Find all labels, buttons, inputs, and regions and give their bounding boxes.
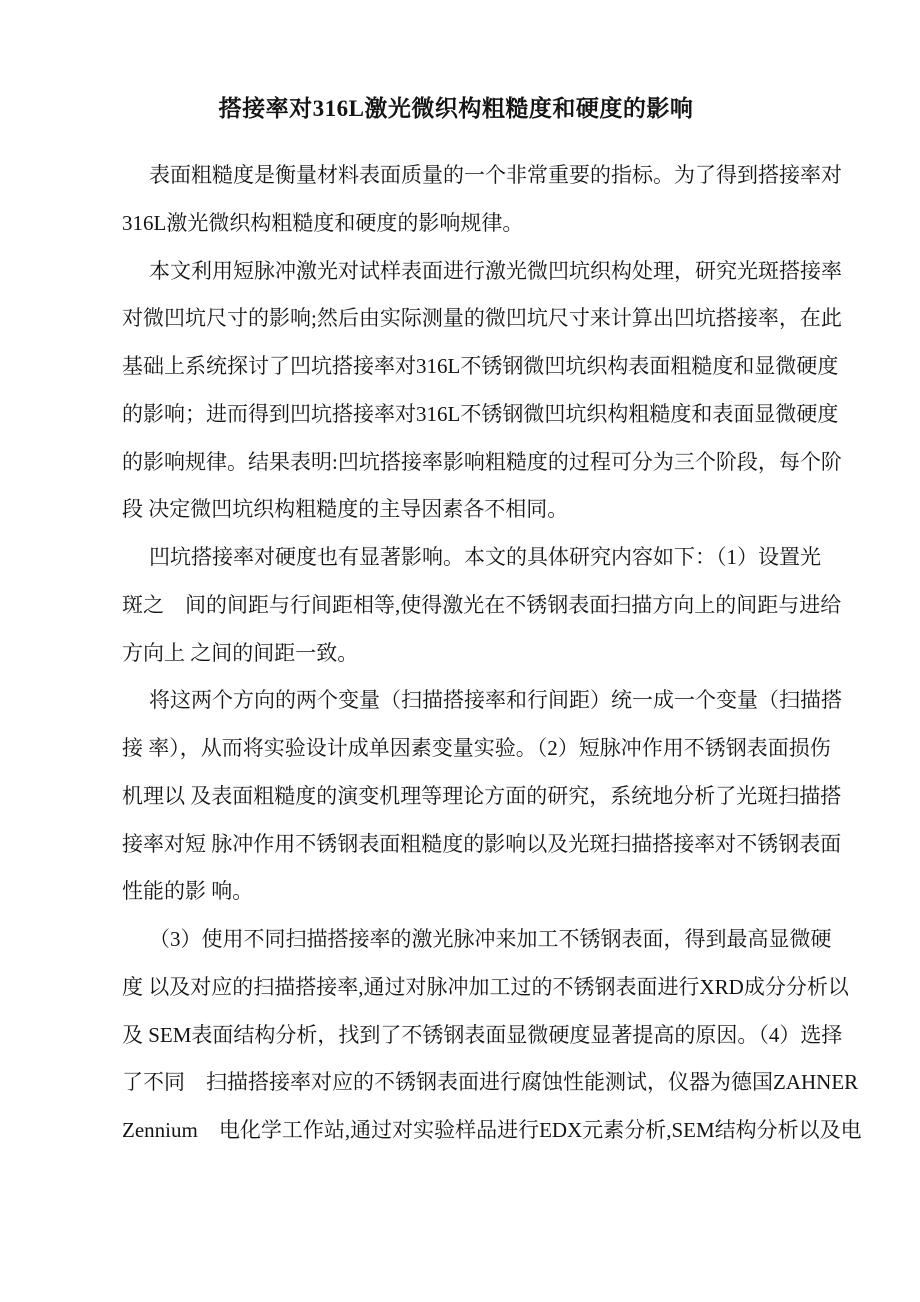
text-line: 接 率），从而将实验设计成单因素变量实验。（2）短脉冲作用不锈钢表面损伤 xyxy=(122,725,790,773)
text-line: 度 以及对应的扫描搭接率,通过对脉冲加工过的不锈钢表面进行XRD成分分析以 xyxy=(122,964,790,1012)
text-line: 本文利用短脉冲激光对试样表面进行激光微凹坑织构处理，研究光斑搭接率 xyxy=(122,248,790,296)
text-line: 316L激光微织构粗糙度和硬度的影响规律。 xyxy=(122,200,790,248)
text-line: 性能的影 响。 xyxy=(122,868,790,916)
text-line: 接率对短 脉冲作用不锈钢表面粗糙度的影响以及光斑扫描搭接率对不锈钢表面 xyxy=(122,821,790,869)
text-line: 表面粗糙度是衡量材料表面质量的一个非常重要的指标。为了得到搭接率对 xyxy=(122,152,790,200)
text-line: Zennium 电化学工作站,通过对实验样品进行EDX元素分析,SEM结构分析以… xyxy=(122,1107,790,1155)
paragraphs-container: 表面粗糙度是衡量材料表面质量的一个非常重要的指标。为了得到搭接率对316L激光微… xyxy=(122,152,790,1155)
text-line: 斑之 间的间距与行间距相等,使得激光在不锈钢表面扫描方向上的间距与进给 xyxy=(122,582,790,630)
text-line: 凹坑搭接率对硬度也有显著影响。本文的具体研究内容如下：（1）设置光 xyxy=(122,534,790,582)
text-line: 了不同 扫描搭接率对应的不锈钢表面进行腐蚀性能测试，仪器为德国ZAHNER xyxy=(122,1059,790,1107)
text-line: 基础上系统探讨了凹坑搭接率对316L不锈钢微凹坑织构表面粗糙度和显微硬度 xyxy=(122,343,790,391)
text-line: 段 决定微凹坑织构粗糙度的主导因素各不相同。 xyxy=(122,486,790,534)
document-content: 搭接率对316L激光微织构粗糙度和硬度的影响 表面粗糙度是衡量材料表面质量的一个… xyxy=(122,94,790,1155)
text-line: 机理以 及表面粗糙度的演变机理等理论方面的研究，系统地分析了光斑扫描搭 xyxy=(122,773,790,821)
text-line: 将这两个方向的两个变量（扫描搭接率和行间距）统一成一个变量（扫描搭 xyxy=(122,677,790,725)
document-page: 搭接率对316L激光微织构粗糙度和硬度的影响 表面粗糙度是衡量材料表面质量的一个… xyxy=(0,0,920,1302)
text-line: 对微凹坑尺寸的影响;然后由实际测量的微凹坑尺寸来计算出凹坑搭接率，在此 xyxy=(122,295,790,343)
text-line: （3）使用不同扫描搭接率的激光脉冲来加工不锈钢表面，得到最高显微硬 xyxy=(122,916,790,964)
text-line: 方向上 之间的间距一致。 xyxy=(122,630,790,678)
text-line: 的影响；进而得到凹坑搭接率对316L不锈钢微凹坑织构粗糙度和表面显微硬度 xyxy=(122,391,790,439)
document-title: 搭接率对316L激光微织构粗糙度和硬度的影响 xyxy=(122,94,790,152)
text-line: 的影响规律。结果表明:凹坑搭接率影响粗糙度的过程可分为三个阶段，每个阶 xyxy=(122,439,790,487)
text-line: 及 SEM表面结构分析，找到了不锈钢表面显微硬度显著提高的原因。（4）选择 xyxy=(122,1012,790,1060)
